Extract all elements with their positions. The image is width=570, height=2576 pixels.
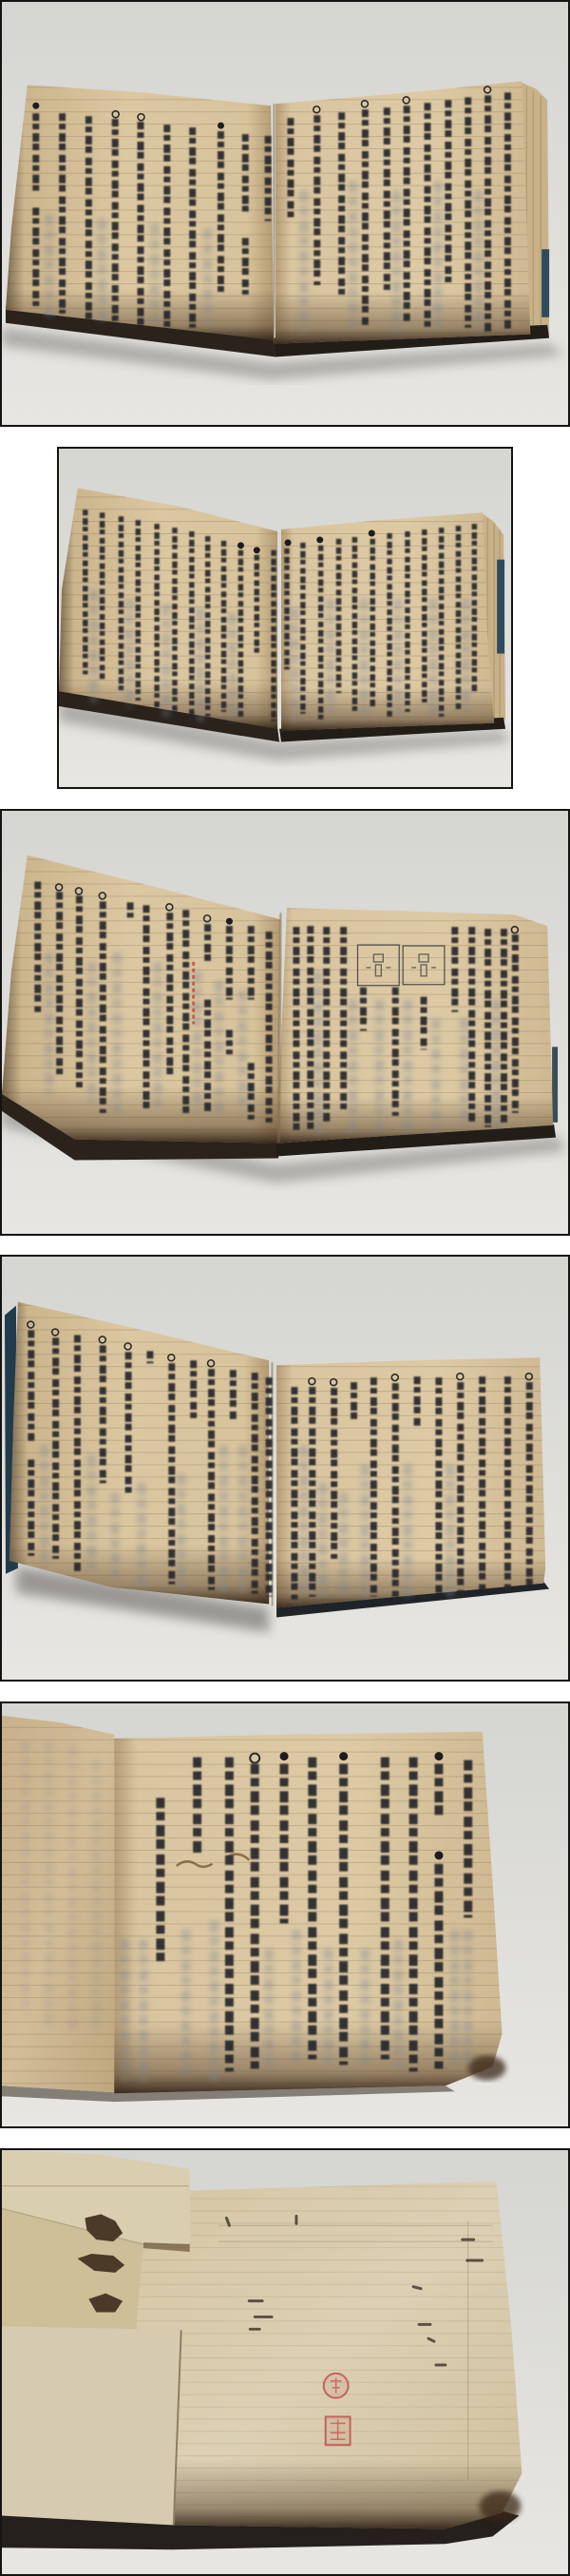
colophon-burn bbox=[134, 2182, 522, 2529]
photo-1-canvas bbox=[2, 2, 568, 425]
photo-5-final-text-page: 近有之其可隠秘可慎 ●隨衣経示 ●権服至示 常大旦以用方 執ワ然余ヲ至軌ク権万タ… bbox=[0, 1701, 570, 2128]
blue-cover-edge bbox=[497, 560, 504, 654]
colophon-page bbox=[134, 2182, 522, 2529]
left-verso-page bbox=[2, 1716, 114, 2092]
blue-cover-edge bbox=[552, 1047, 558, 1122]
photo-4-book-spread bbox=[0, 1255, 570, 1682]
photo-3-canvas bbox=[2, 811, 568, 1234]
photo-3-book-spread-diagrams bbox=[0, 809, 570, 1236]
photo-6-colophon-page: 文政五年六月令日 龍比丘書写了 示資法操 bbox=[0, 2148, 570, 2576]
burnt-corner bbox=[480, 2491, 522, 2522]
torn-folded-leaves bbox=[2, 2150, 191, 2525]
photo-2-canvas bbox=[59, 449, 511, 787]
photo-4-canvas bbox=[2, 1257, 568, 1680]
blue-cover-edge bbox=[541, 249, 549, 317]
photo-5-canvas: 近有之其可隠秘可慎 ●隨衣経示 ●権服至示 常大旦以用方 執ワ然余ヲ至軌ク権万タ… bbox=[2, 1703, 568, 2126]
photo-6-canvas: 文政五年六月令日 龍比丘書写了 示資法操 bbox=[2, 2150, 568, 2574]
lower-blank-leaf bbox=[2, 2326, 181, 2525]
burnt-corner bbox=[468, 2056, 506, 2081]
photo-2-book-spread bbox=[57, 447, 513, 789]
photo-1-book-spread bbox=[0, 0, 570, 427]
book-gutter bbox=[274, 104, 275, 343]
